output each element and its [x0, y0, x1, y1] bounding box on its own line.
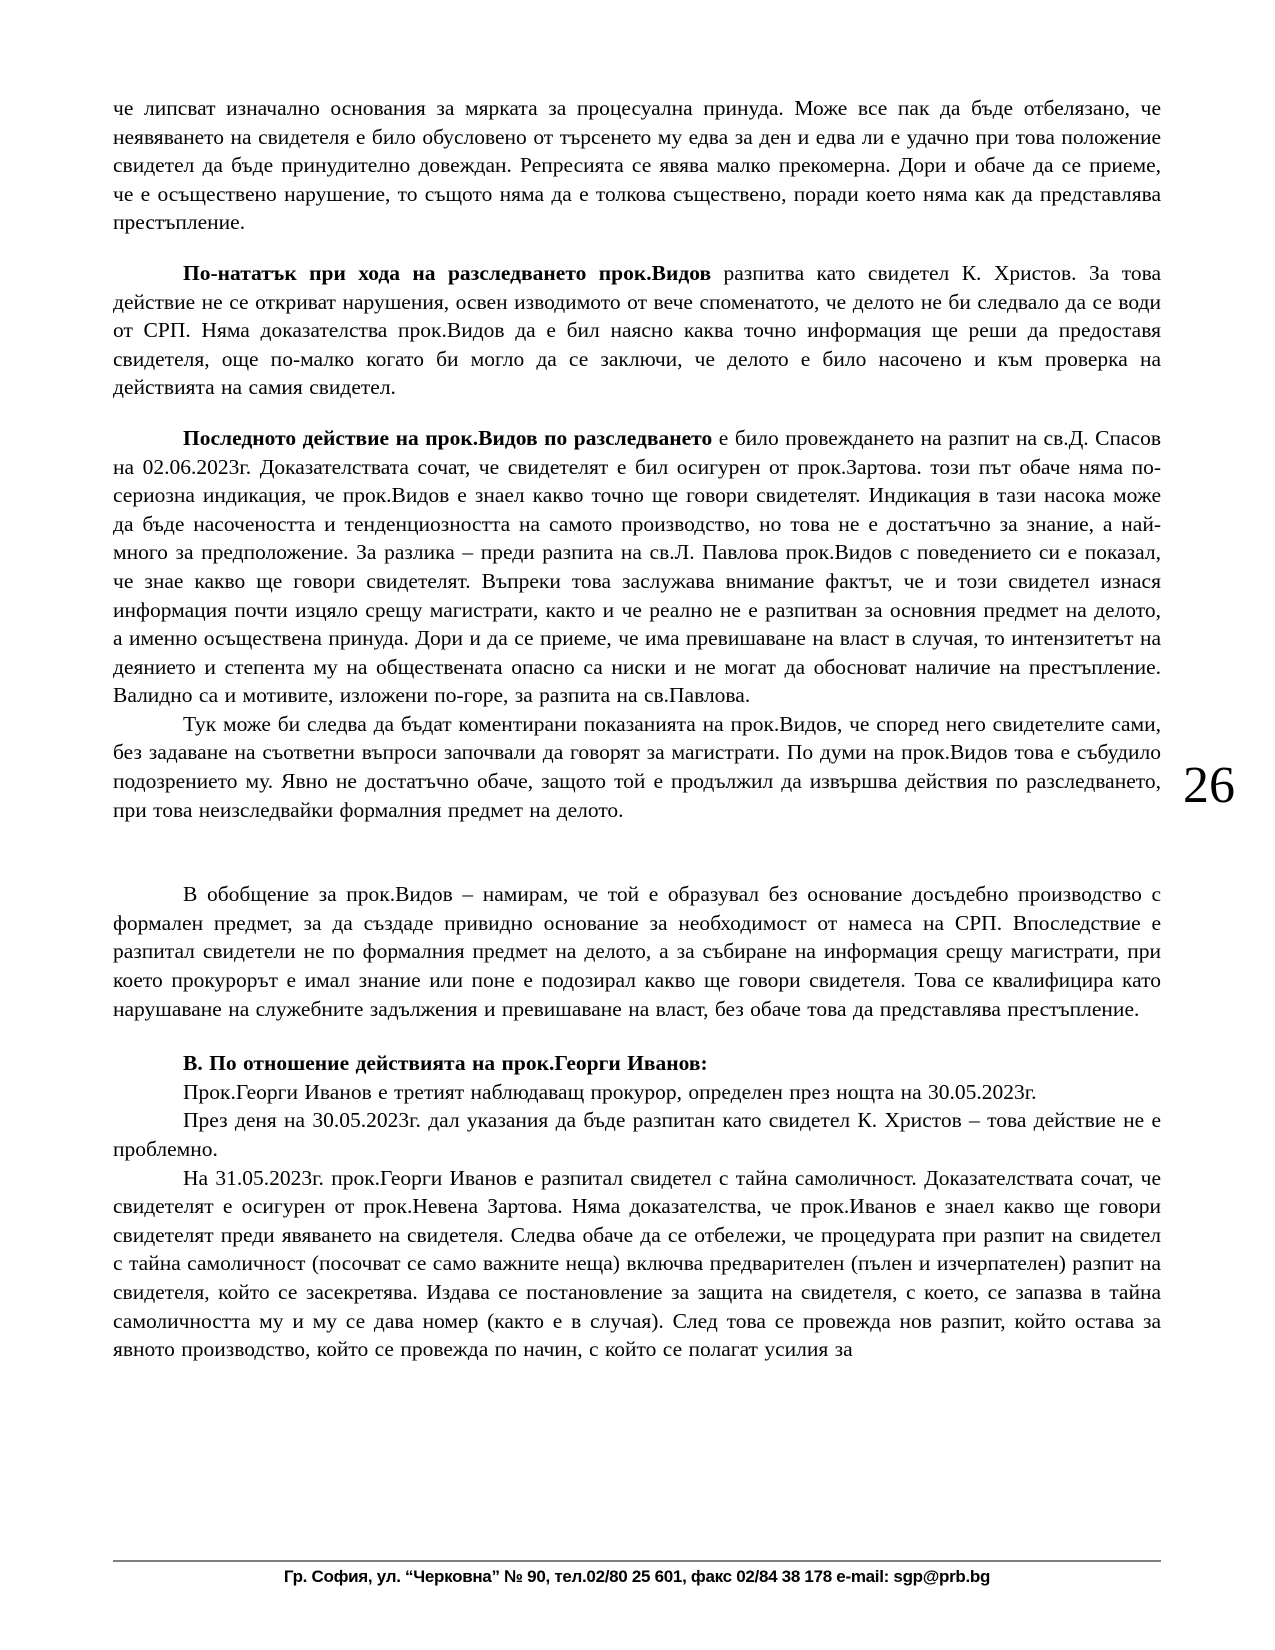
- paragraph-vidov-interrogation: По-нататък при хода на разследването про…: [113, 259, 1161, 402]
- page-number: 26: [1183, 760, 1235, 812]
- paragraph-last-action: Последното действие на прок.Видов по раз…: [113, 424, 1161, 710]
- paragraph-lead-bold: По-нататък при хода на разследването про…: [183, 261, 711, 285]
- document-page: че липсват изначално основания за мяркат…: [0, 0, 1275, 1650]
- paragraph-ivanov-instructions: През деня на 30.05.2023г. дал указания д…: [113, 1106, 1161, 1163]
- paragraph-ivanov-intro: Прок.Георги Иванов е третият наблюдаващ …: [113, 1078, 1161, 1107]
- document-body: че липсват изначално основания за мяркат…: [113, 94, 1161, 1364]
- paragraph-lead-bold: Последното действие на прок.Видов по раз…: [183, 426, 712, 450]
- paragraph-secret-witness: На 31.05.2023г. прок.Георги Иванов е раз…: [113, 1164, 1161, 1364]
- paragraph-summary-vidov: В обобщение за прок.Видов – намирам, че …: [113, 880, 1161, 1023]
- paragraph-continuation: че липсват изначално основания за мяркат…: [113, 94, 1161, 237]
- footer-address: Гр. София, ул. “Черковна” № 90, тел.02/8…: [284, 1567, 990, 1586]
- paragraph-text: е било провеждането на разпит на св.Д. С…: [113, 426, 1161, 707]
- section-heading-ivanov: В. По отношение действията на прок.Георг…: [113, 1049, 1161, 1078]
- page-footer: Гр. София, ул. “Черковна” № 90, тел.02/8…: [113, 1560, 1161, 1587]
- paragraph-testimony-comment: Тук може би следва да бъдат коментирани …: [113, 710, 1161, 824]
